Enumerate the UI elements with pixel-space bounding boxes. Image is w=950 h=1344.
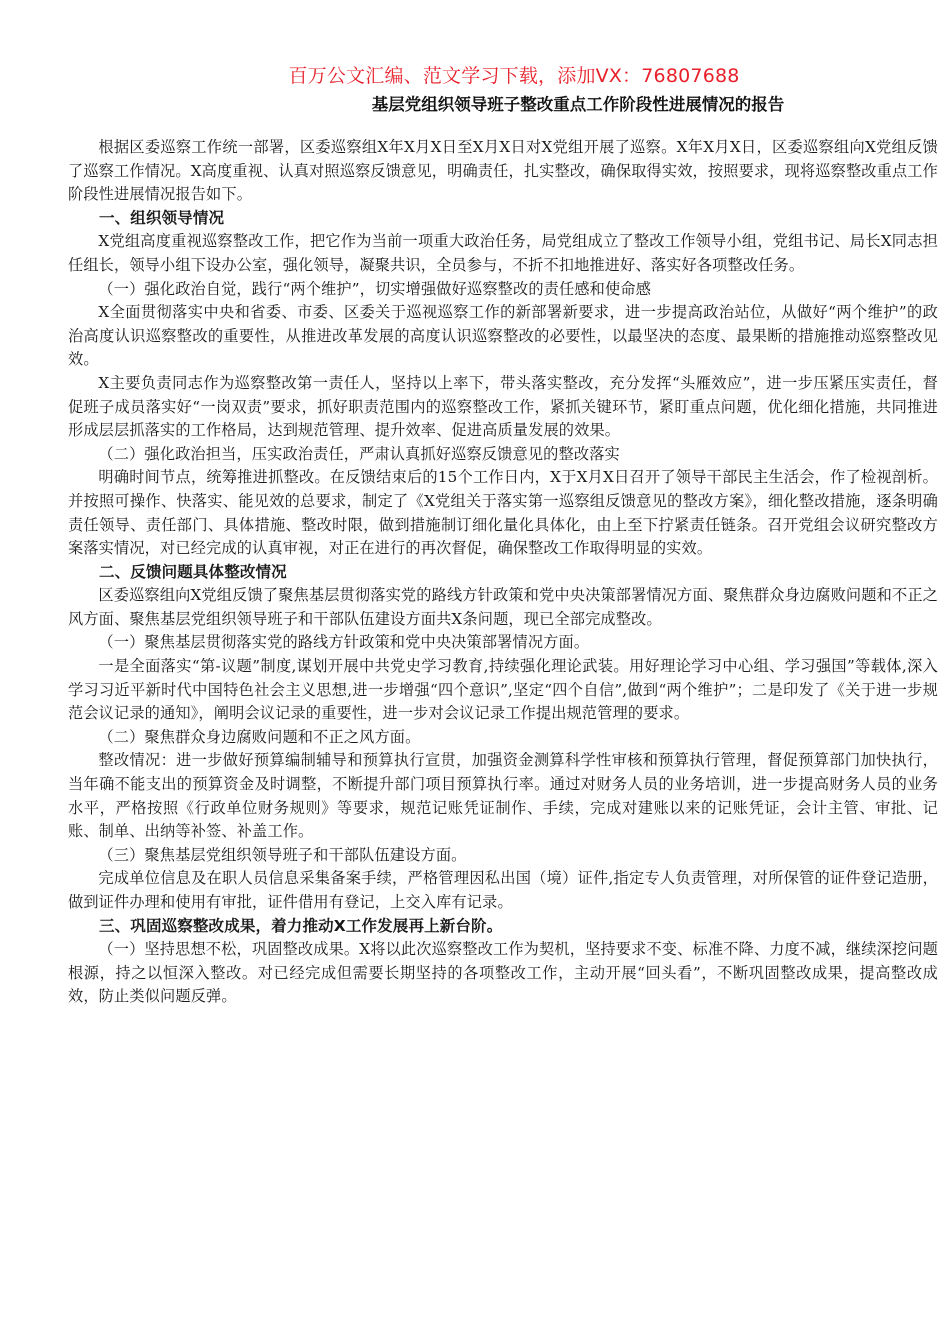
- document-title: 基层党组织领导班子整改重点工作阶段性进展情况的报告: [218, 92, 938, 118]
- section-heading-2: 二、反馈问题具体整改情况: [68, 561, 938, 585]
- subsection-heading: （一）强化政治自觉，践行“两个维护”，切实增强做好巡察整改的责任感和使命感: [68, 278, 938, 302]
- paragraph: X全面贯彻落实中央和省委、市委、区委关于巡视巡察工作的新部署新要求，进一步提高政…: [68, 301, 938, 372]
- intro-paragraph: 根据区委巡察工作统一部署，区委巡察组X年X月X日至X月X日对X党组开展了巡察。X…: [68, 136, 938, 207]
- paragraph: 区委巡察组向X党组反馈了聚焦基层贯彻落实党的路线方针政策和党中央决策部署情况方面…: [68, 584, 938, 631]
- paragraph: X主要负责同志作为巡察整改第一责任人，坚持以上率下，带头落实整改，充分发挥“头雁…: [68, 372, 938, 443]
- paragraph: 一是全面落实“第-议题”制度,谋划开展中共党史学习教育,持续强化理论武装。用好理…: [68, 655, 938, 726]
- paragraph: 明确时间节点，统筹推进抓整改。在反馈结束后的15个工作日内，X于X月X日召开了领…: [68, 466, 938, 560]
- document-body: 根据区委巡察工作统一部署，区委巡察组X年X月X日至X月X日对X党组开展了巡察。X…: [68, 136, 938, 1009]
- section-heading-3: 三、巩固巡察整改成果，着力推动X工作发展再上新台阶。: [68, 915, 938, 939]
- paragraph: X党组高度重视巡察整改工作，把它作为当前一项重大政治任务，局党组成立了整改工作领…: [68, 230, 938, 277]
- document-page: 百万公文汇编、范文学习下载，添加VX：76807688 基层党组织领导班子整改重…: [68, 62, 938, 1009]
- subsection-paragraph: （一）坚持思想不松，巩固整改成果。X将以此次巡察整改工作为契机，坚持要求不变、标…: [68, 938, 938, 1009]
- paragraph: 整改情况：进一步做好预算编制辅导和预算执行宣贯，加强资金测算科学性审核和预算执行…: [68, 749, 938, 843]
- promo-banner: 百万公文汇编、范文学习下载，添加VX：76807688: [90, 62, 938, 90]
- section-heading-1: 一、组织领导情况: [68, 207, 938, 231]
- paragraph: 完成单位信息及在职人员信息采集备案手续，严格管理因私出国（境）证件,指定专人负责…: [68, 867, 938, 914]
- subsection-heading: （二）强化政治担当，压实政治责任，严肃认真抓好巡察反馈意见的整改落实: [68, 443, 938, 467]
- subsection-heading: （一）聚焦基层贯彻落实党的路线方针政策和党中央决策部署情况方面。: [68, 631, 938, 655]
- subsection-heading: （三）聚焦基层党组织领导班子和干部队伍建设方面。: [68, 844, 938, 868]
- subsection-heading: （二）聚焦群众身边腐败问题和不正之风方面。: [68, 726, 938, 750]
